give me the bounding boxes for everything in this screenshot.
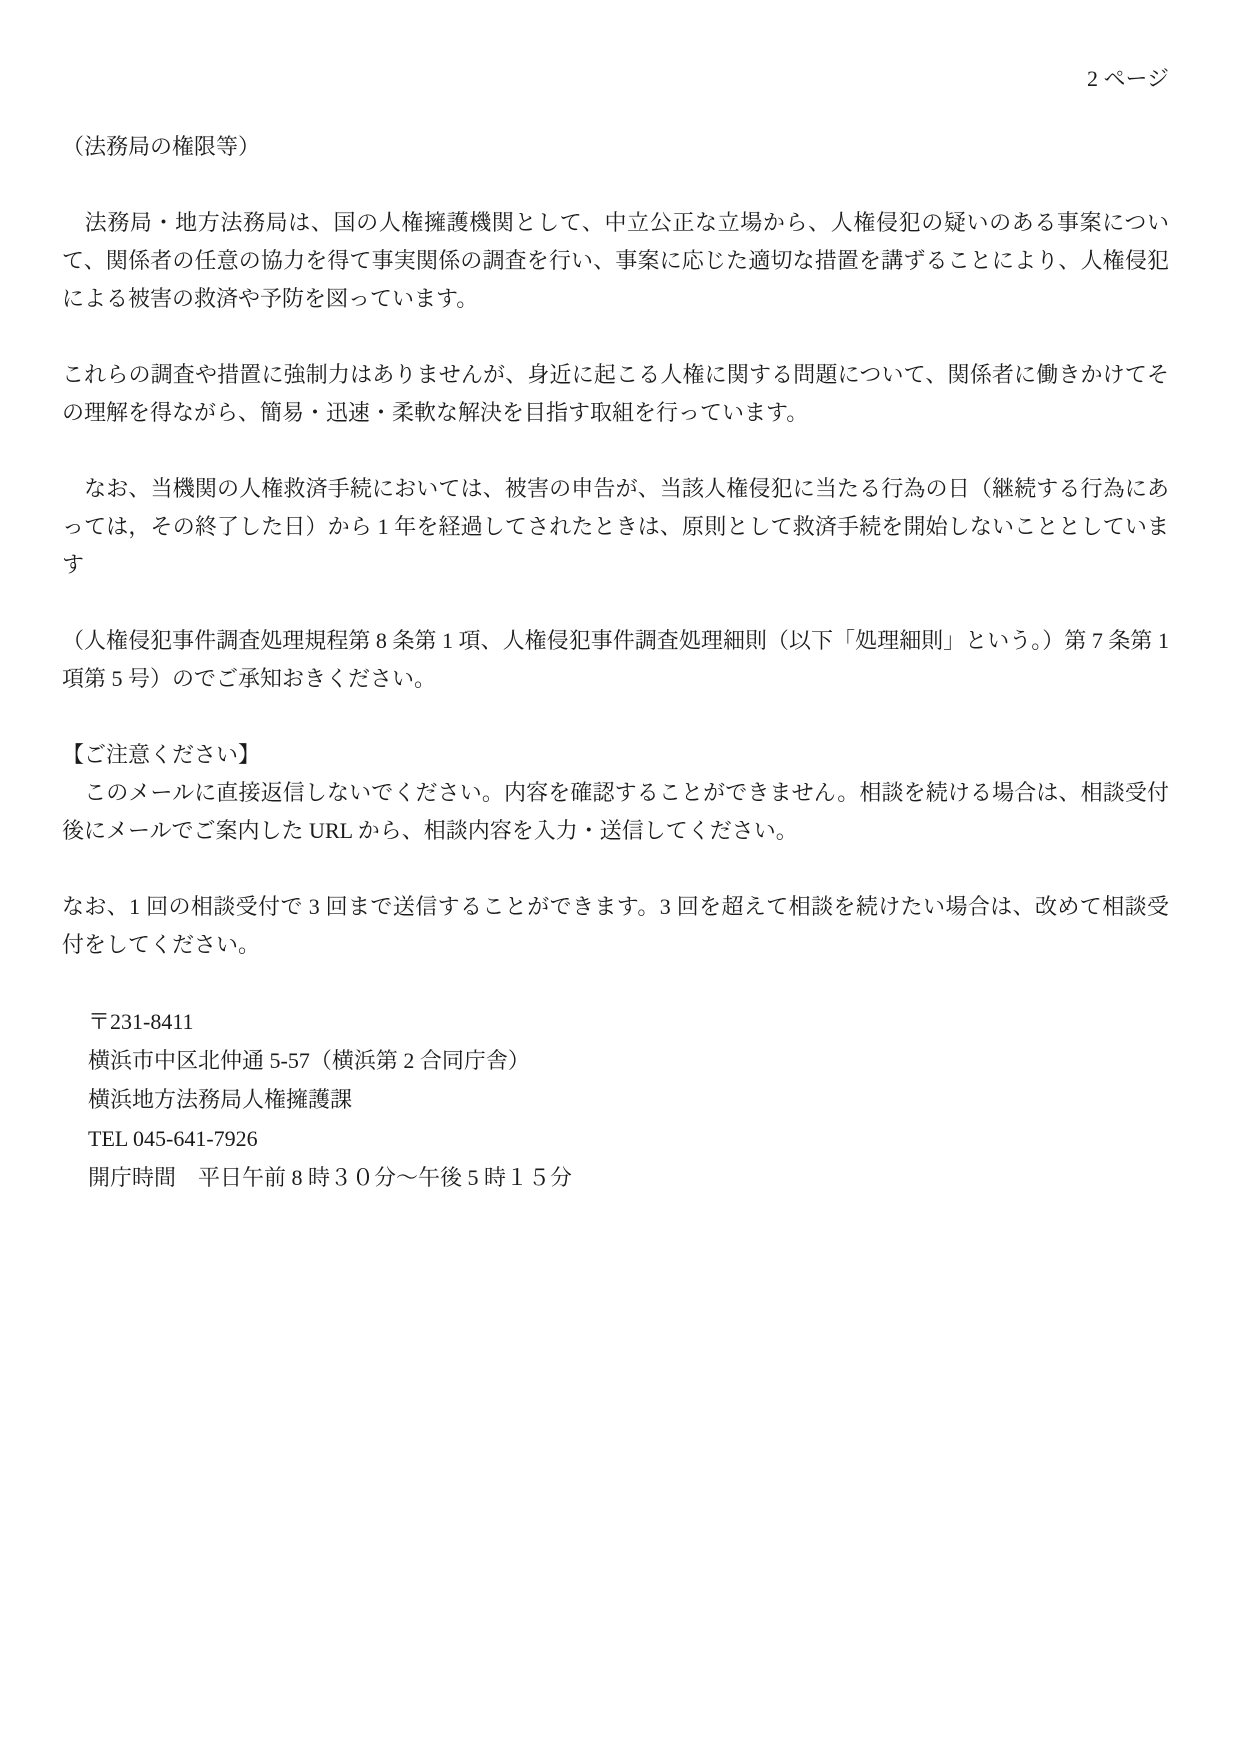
notice-paragraph-three-times: なお、1 回の相談受付で 3 回まで送信することができます。3 回を超えて相談を… (62, 888, 1169, 964)
contact-block: 〒231-8411 横浜市中区北仲通 5-57（横浜第 2 合同庁舎） 横浜地方… (62, 1002, 1169, 1197)
page-number: 2 ページ (62, 60, 1169, 98)
notice-paragraph-no-reply: このメールに直接返信しないでください。内容を確認することができません。相談を続け… (62, 774, 1169, 850)
paragraph-one-year-rule: なお、当機関の人権救済手続においては、被害の申告が、当該人権侵犯に当たる行為の日… (62, 470, 1169, 584)
paragraph-no-enforcement: これらの調査や措置に強制力はありませんが、身近に起こる人権に関する問題について、… (62, 356, 1169, 432)
contact-postal-code: 〒231-8411 (88, 1002, 1169, 1041)
paragraph-regulation-reference: （人権侵犯事件調査処理規程第 8 条第 1 項、人権侵犯事件調査処理細則（以下「… (62, 622, 1169, 698)
paragraph-bureau-role: 法務局・地方法務局は、国の人権擁護機関として、中立公正な立場から、人権侵犯の疑い… (62, 204, 1169, 318)
notice-heading: 【ご注意ください】 (62, 736, 1169, 774)
section-heading: （法務局の権限等） (62, 128, 1169, 166)
contact-phone: TEL 045-641-7926 (88, 1119, 1169, 1158)
contact-office-hours: 開庁時間 平日午前 8 時３０分～午後 5 時１５分 (88, 1158, 1169, 1197)
contact-address: 横浜市中区北仲通 5-57（横浜第 2 合同庁舎） (88, 1041, 1169, 1080)
document-page: 2 ページ （法務局の権限等） 法務局・地方法務局は、国の人権擁護機関として、中… (0, 0, 1241, 1755)
contact-department: 横浜地方法務局人権擁護課 (88, 1080, 1169, 1119)
